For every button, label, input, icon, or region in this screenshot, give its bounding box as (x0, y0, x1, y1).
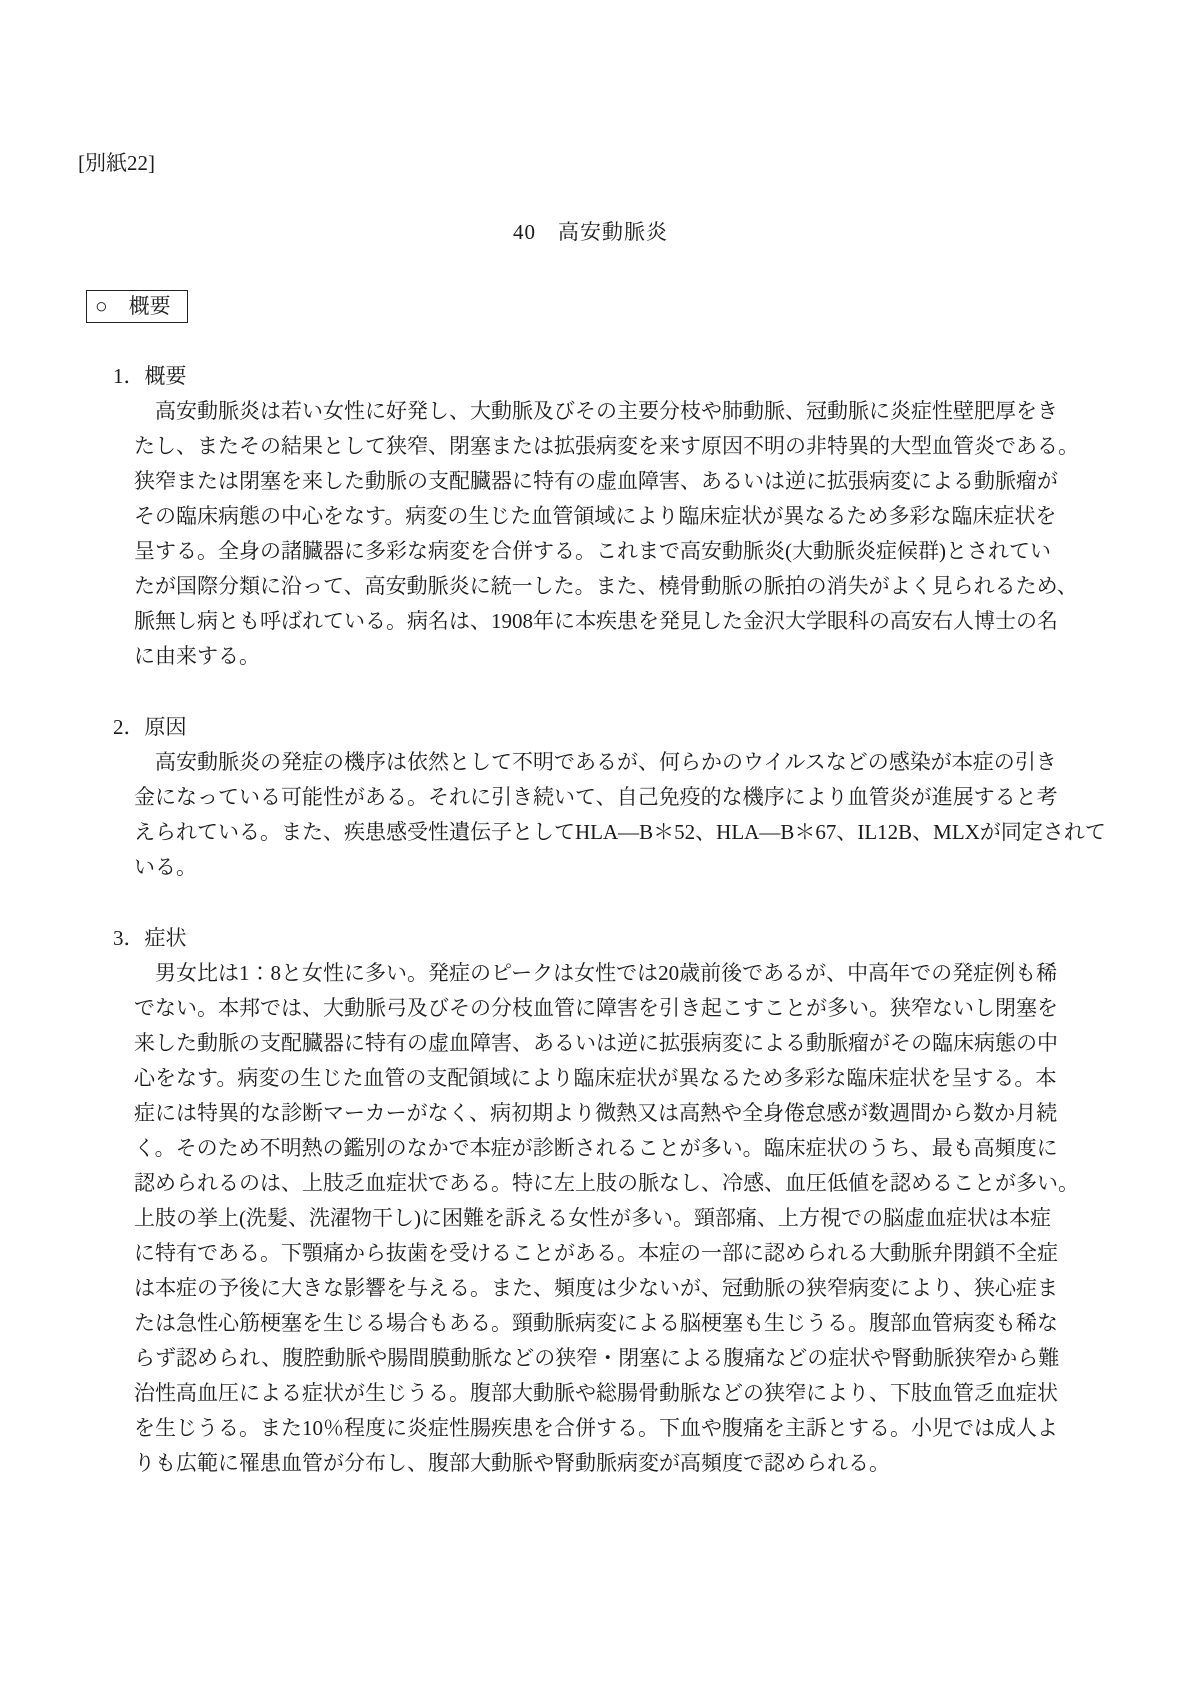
paragraph-line: 上肢の挙上(洗髪、洗濯物干し)に困難を訴える女性が多い。頸部痛、上方視での脳虚血… (134, 1201, 1181, 1236)
paragraph-line: たは急性心筋梗塞を生じる場合もある。頸動脈病変による脳梗塞も生じうる。腹部血管病… (134, 1306, 1181, 1341)
paragraph-line: を生じうる。また10％程度に炎症性腸疾患を合併する。下血や腹痛を主訴とする。小児… (134, 1411, 1181, 1446)
page-title: 40 高安動脈炎 (0, 215, 1181, 250)
section-paragraph: 男女比は1：8と女性に多い。発症のピークは女性では20歳前後であるが、中高年での… (134, 956, 1181, 1481)
document-page: [別紙22] 40 高安動脈炎 ○ 概要 1．概要高安動脈炎は若い女性に好発し、… (0, 0, 1181, 1695)
paragraph-line: 男女比は1：8と女性に多い。発症のピークは女性では20歳前後であるが、中高年での… (134, 956, 1181, 991)
paragraph-line: たが国際分類に沿って、高安動脈炎に統一した。また、橈骨動脈の脈拍の消失がよく見ら… (134, 569, 1181, 604)
paragraph-line: りも広範に罹患血管が分布し、腹部大動脈や腎動脈病変が高頻度で認められる。 (134, 1446, 1181, 1481)
paragraph-line: 認められるのは、上肢乏血症状である。特に左上肢の脈なし、冷感、血圧低値を認めるこ… (134, 1166, 1181, 1201)
section-2: 2．原因高安動脈炎の発症の機序は依然として不明であるが、何らかのウイルスなどの感… (0, 710, 1181, 885)
paragraph-line: えられている。また、疾患感受性遺伝子としてHLA―B＊52、HLA―B＊67、I… (134, 815, 1181, 850)
sections-container: 1．概要高安動脈炎は若い女性に好発し、大動脈及びその主要分枝や肺動脈、冠動脈に炎… (0, 359, 1181, 1481)
section-heading: 1．概要 (113, 359, 1181, 394)
paragraph-line: 狭窄または閉塞を来した動脈の支配臓器に特有の虚血障害、あるいは逆に拡張病変による… (134, 464, 1181, 499)
section-heading: 2．原因 (113, 710, 1181, 745)
section-3: 3．症状男女比は1：8と女性に多い。発症のピークは女性では20歳前後であるが、中… (0, 921, 1181, 1481)
attachment-label: [別紙22] (78, 146, 1181, 181)
paragraph-line: 高安動脈炎の発症の機序は依然として不明であるが、何らかのウイルスなどの感染が本症… (134, 745, 1181, 780)
section-heading: 3．症状 (113, 921, 1181, 956)
paragraph-line: に由来する。 (134, 639, 1181, 674)
overview-box: ○ 概要 (86, 290, 188, 323)
paragraph-line: 脈無し病とも呼ばれている。病名は、1908年に本疾患を発見した金沢大学眼科の高安… (134, 604, 1181, 639)
paragraph-line: 来した動脈の支配臓器に特有の虚血障害、あるいは逆に拡張病変による動脈瘤がその臨床… (134, 1026, 1181, 1061)
section-paragraph: 高安動脈炎は若い女性に好発し、大動脈及びその主要分枝や肺動脈、冠動脈に炎症性壁肥… (134, 394, 1181, 674)
section-paragraph: 高安動脈炎の発症の機序は依然として不明であるが、何らかのウイルスなどの感染が本症… (134, 745, 1181, 885)
paragraph-line: く。そのため不明熱の鑑別のなかで本症が診断されることが多い。臨床症状のうち、最も… (134, 1131, 1181, 1166)
paragraph-line: 高安動脈炎は若い女性に好発し、大動脈及びその主要分枝や肺動脈、冠動脈に炎症性壁肥… (134, 394, 1181, 429)
section-1: 1．概要高安動脈炎は若い女性に好発し、大動脈及びその主要分枝や肺動脈、冠動脈に炎… (0, 359, 1181, 674)
paragraph-line: いる。 (134, 850, 1181, 885)
paragraph-line: 金になっている可能性がある。それに引き続いて、自己免疫的な機序により血管炎が進展… (134, 780, 1181, 815)
paragraph-line: に特有である。下顎痛から抜歯を受けることがある。本症の一部に認められる大動脈弁閉… (134, 1236, 1181, 1271)
paragraph-line: たし、またその結果として狭窄、閉塞または拡張病変を来す原因不明の非特異的大型血管… (134, 429, 1181, 464)
paragraph-line: 呈する。全身の諸臓器に多彩な病変を合併する。これまで高安動脈炎(大動脈炎症候群)… (134, 534, 1181, 569)
paragraph-line: その臨床病態の中心をなす。病変の生じた血管領域により臨床症状が異なるため多彩な臨… (134, 499, 1181, 534)
paragraph-line: でない。本邦では、大動脈弓及びその分枝血管に障害を引き起こすことが多い。狭窄ない… (134, 991, 1181, 1026)
overview-box-wrap: ○ 概要 (86, 290, 1181, 323)
paragraph-line: 症には特異的な診断マーカーがなく、病初期より微熱又は高熱や全身倦怠感が数週間から… (134, 1096, 1181, 1131)
paragraph-line: は本症の予後に大きな影響を与える。また、頻度は少ないが、冠動脈の狭窄病変により、… (134, 1271, 1181, 1306)
paragraph-line: らず認められ、腹腔動脈や腸間膜動脈などの狭窄・閉塞による腹痛などの症状や腎動脈狭… (134, 1341, 1181, 1376)
paragraph-line: 心をなす。病変の生じた血管の支配領域により臨床症状が異なるため多彩な臨床症状を呈… (134, 1061, 1181, 1096)
paragraph-line: 治性高血圧による症状が生じうる。腹部大動脈や総腸骨動脈などの狭窄により、下肢血管… (134, 1376, 1181, 1411)
